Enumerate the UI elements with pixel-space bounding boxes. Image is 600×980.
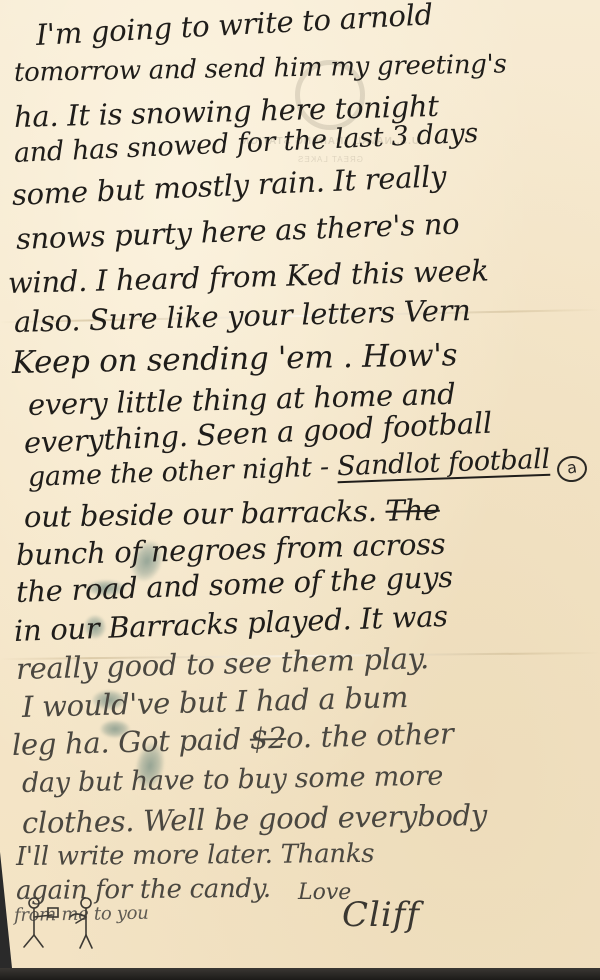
struck-text: $2 (249, 721, 286, 756)
circled-insertion: a (555, 454, 588, 484)
line-text: leg ha. Got paid (12, 722, 251, 762)
struck-text: The (385, 493, 440, 528)
letter-line-18: I would've but I had a bum (22, 680, 409, 724)
stick-figures-doodle-icon (8, 895, 103, 955)
underlined-text: Sandlot football (337, 444, 551, 482)
letter-line-9: Keep on sending 'em . How's (12, 337, 458, 381)
letter-line-7: wind. I heard from Ked this week (8, 253, 489, 300)
letter-line-20: day but have to buy some more (22, 761, 444, 799)
line-text: out beside our barracks. (24, 494, 386, 534)
scan-background (0, 968, 600, 980)
letter-line-22: I'll write more later. Thanks (16, 839, 375, 872)
letter-line-6: snows purty here as there's no (15, 207, 459, 256)
letter-line-19: leg ha. Got paid $2o. the other (12, 716, 454, 762)
letter-line-1: I'm going to write to arnold (35, 0, 434, 52)
letter-line-21: clothes. Well be good everybody (22, 798, 488, 840)
line-text: o. the other (286, 716, 454, 754)
letter-line-8: also. Sure like your letters Vern (14, 293, 471, 339)
letter-line-17: really good to see them play. (16, 641, 430, 686)
signature: Cliff (342, 895, 420, 935)
letter-page: U.S. NAVAL TRAINING STATION GREAT LAKES … (0, 0, 600, 968)
